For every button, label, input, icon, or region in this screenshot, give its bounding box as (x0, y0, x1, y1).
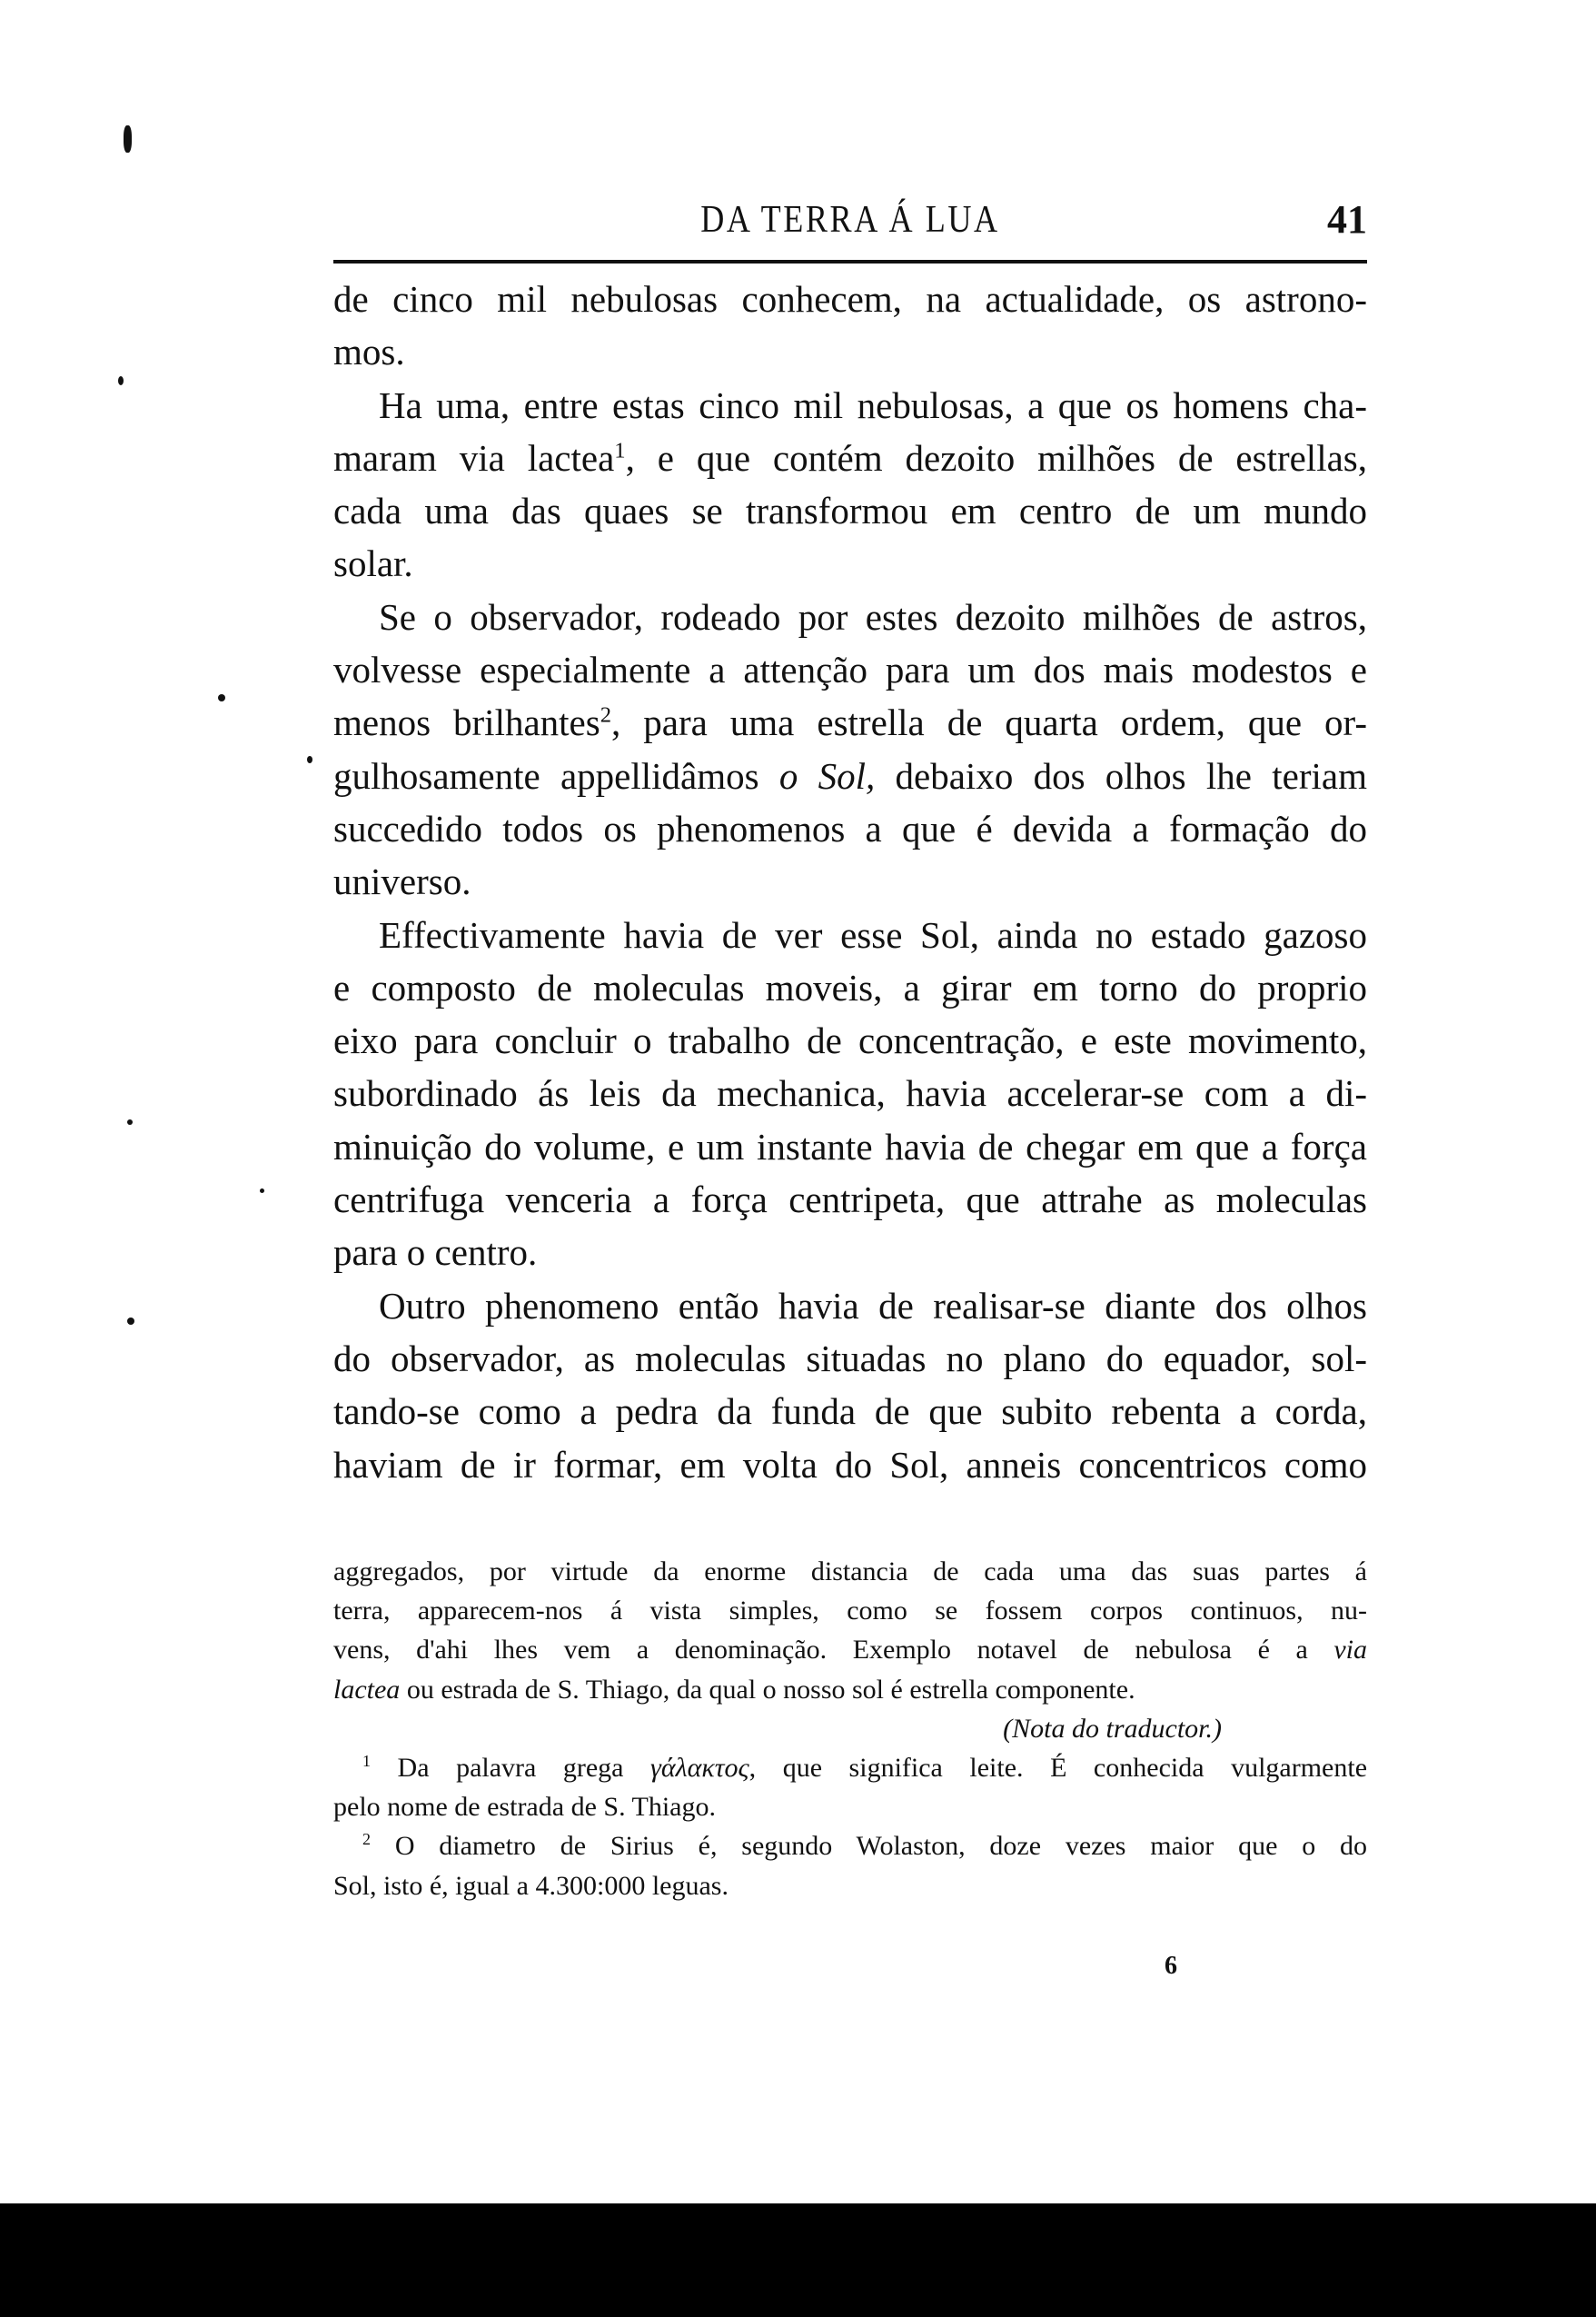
scan-bottom-edge (0, 2203, 1596, 2317)
footnote-1: 1 Da palavra grega γάλακτος, que signifi… (333, 1748, 1367, 1787)
body-line: maram via lactea1, e que contém dezoito … (333, 432, 1367, 484)
running-title: DA TERRA Á LUA (406, 193, 1295, 247)
footnote-marker-1: 1 (362, 1752, 371, 1770)
footnote-1-cont: pelo nome de estrada de S. Thiago. (333, 1787, 1367, 1826)
body-line: gulhosamente appellidâmos o Sol, debaixo… (333, 750, 1367, 802)
scan-speck (260, 1188, 264, 1193)
body-line: centrifuga venceria a força centripeta, … (333, 1173, 1367, 1226)
body-line: Outro phenomeno então havia de realisar-… (333, 1279, 1367, 1332)
book-page: DA TERRA Á LUA 41 de cinco mil nebulosas… (0, 0, 1596, 2317)
body-line: eixo para concluir o trabalho de concent… (333, 1014, 1367, 1067)
body-line: succedido todos os phenomenos a que é de… (333, 802, 1367, 855)
scan-speck (127, 1318, 134, 1325)
scan-speck (218, 694, 225, 701)
body-text: de cinco mil nebulosas conhecem, na actu… (333, 273, 1367, 1491)
translator-note: (Nota do traductor.) (333, 1709, 1367, 1748)
body-line: de cinco mil nebulosas conhecem, na actu… (333, 273, 1367, 325)
scan-speck (127, 1119, 133, 1125)
greek-word: γάλακτος (650, 1753, 749, 1783)
body-line: cada uma das quaes se transformou em cen… (333, 484, 1367, 537)
footnote-line: vens, d'ahi lhes vem a denominação. Exem… (333, 1630, 1367, 1669)
footnote-line: aggregados, por virtude da enorme distan… (333, 1552, 1367, 1591)
scan-speck (118, 376, 124, 385)
body-line: menos brilhantes2, para uma estrella de … (333, 696, 1367, 749)
body-line: Effectivamente havia de ver esse Sol, ai… (333, 909, 1367, 961)
body-line: Ha uma, entre estas cinco mil nebulosas,… (333, 379, 1367, 432)
footnote-line: terra, apparecem-nos á vista simples, co… (333, 1591, 1367, 1630)
body-line: subordinado ás leis da mechanica, havia … (333, 1067, 1367, 1119)
footnotes: aggregados, por virtude da enorme distan… (333, 1552, 1367, 1905)
body-line: mos. (333, 325, 1367, 378)
page-number: 41 (1327, 193, 1367, 247)
body-line: universo. (333, 855, 1367, 908)
footnote-ref: 1 (614, 438, 625, 462)
body-line: tando-se como a pedra da funda de que su… (333, 1385, 1367, 1437)
body-line: haviam de ir formar, em volta do Sol, an… (333, 1438, 1367, 1491)
footnote-line: lactea ou estrada de S. Thiago, da qual … (333, 1670, 1367, 1709)
scan-speck (307, 756, 312, 763)
scan-speck (124, 125, 132, 153)
page-header: DA TERRA Á LUA 41 (333, 193, 1367, 247)
body-line: Se o observador, rodeado por estes dezoi… (333, 591, 1367, 643)
footnote-marker-2: 2 (362, 1830, 371, 1848)
footnote-2: 2 O diametro de Sirius é, segundo Wolast… (333, 1826, 1367, 1865)
body-line: minuição do volume, e um instante havia … (333, 1120, 1367, 1173)
body-line: e composto de moleculas moveis, a girar … (333, 961, 1367, 1014)
footnote-2-cont: Sol, isto é, igual a 4.300:000 leguas. (333, 1866, 1367, 1905)
body-line: volvesse especialmente a attenção para u… (333, 643, 1367, 696)
signature-mark: 6 (1165, 1952, 1177, 1981)
footnote-ref: 2 (600, 703, 611, 728)
body-line: solar. (333, 537, 1367, 590)
header-rule (333, 260, 1367, 264)
body-line: para o centro. (333, 1226, 1367, 1278)
body-line: do observador, as moleculas situadas no … (333, 1332, 1367, 1385)
